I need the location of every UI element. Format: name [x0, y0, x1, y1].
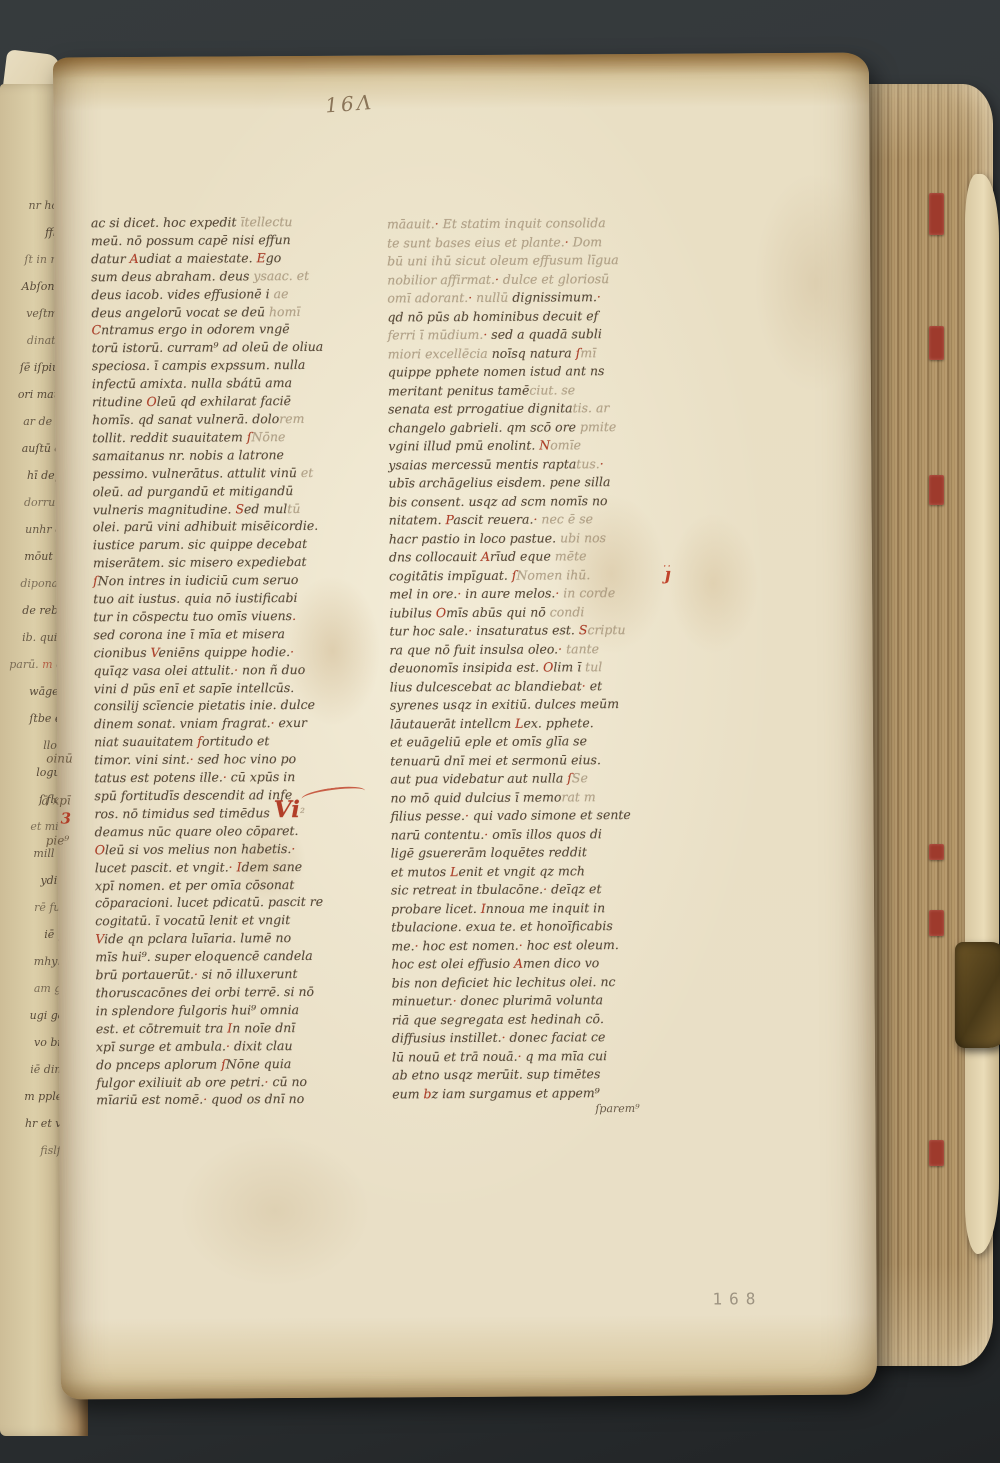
text-line: mīs hui⁹. super eloquencē candela: [95, 947, 357, 967]
text-line: meū. nō possum capē nisi effun: [91, 231, 353, 251]
text-segment: et euāgeliū eple et omīs glīa se: [390, 733, 587, 749]
text-line: deus angelorū vocat se deū homī: [91, 302, 353, 322]
text-segment: criptu: [587, 622, 625, 637]
text-segment: vini d pūs enī et sapīe intellcūs.: [94, 680, 295, 696]
text-line: sum deus abraham. deus ysaac. et: [91, 266, 353, 286]
text-segment: ed mul: [244, 501, 287, 516]
nota-mark-stroke: ȷ: [663, 571, 672, 580]
parchment-stain: [668, 513, 759, 654]
margin-note: oinū: [46, 751, 73, 765]
text-line: dns collocauit Arīud eque mēte: [389, 547, 651, 567]
text-segment: vulneris magnitudine.: [93, 501, 236, 517]
text-segment: lius dulcescebat ac blandiebat: [390, 678, 582, 694]
text-segment: riā que segregata est hedinah cō.: [392, 1011, 604, 1027]
text-segment: mīariū est nomē.: [96, 1092, 203, 1108]
text-segment: Se: [572, 770, 588, 785]
text-segment: tenuarū dnī mei et sermonū eius.: [390, 752, 601, 768]
text-line: ritudine Oleū qd exhilarat faciē: [92, 392, 354, 412]
text-line: ac si dicet. hoc expedit ītellectu: [91, 213, 353, 233]
text-line: deuonomīs insipida est. Olim ī tul: [390, 658, 652, 678]
text-segment: tur hoc sale.: [389, 623, 468, 638]
text-line: tbulacione. exua te. et honoīficabis: [391, 917, 653, 937]
text-line: et euāgeliū eple et omīs glīa se: [390, 732, 652, 752]
text-line: infectū amixta. nulla sbátū ama: [92, 374, 354, 394]
red-bookmark-tab: [929, 910, 944, 936]
text-segment: V: [95, 931, 104, 946]
text-segment: sic retreat in tbulacōne.: [391, 882, 543, 898]
text-line: cogitātis impīguat. ſNomen ihū.: [389, 565, 651, 585]
text-line: do pnceps aplorum ſNōne quia: [96, 1054, 358, 1074]
text-segment: Non intres in iudiciū cum seruo: [98, 572, 299, 588]
text-segment: tur in cōspectu tuo omīs viuens: [93, 608, 292, 624]
text-segment: ·: [290, 644, 294, 659]
text-segment: senata est prrogatiue dignita: [388, 400, 573, 416]
text-line: consilij scīencie pietatis inie. dulce: [94, 696, 356, 716]
text-segment: ·: [291, 841, 295, 856]
text-segment: sum deus abraham. deus: [91, 268, 253, 284]
text-line: deus iacob. vides effusionē i ae: [91, 284, 353, 304]
text-segment: dignissimum.: [512, 289, 597, 305]
text-segment: Dom: [569, 234, 602, 249]
text-line: oleū. ad purgandū et mitigandū: [93, 481, 355, 501]
text-line: changelo gabrieli. qm scō ore pmite: [388, 417, 650, 437]
text-segment: no mō quid dulcius ī memo: [390, 789, 561, 805]
text-segment: tbulacione. exua te. et honoīficabis: [391, 918, 613, 934]
text-segment: filius pesse.: [391, 808, 465, 823]
text-segment: tis. ar: [572, 400, 609, 415]
text-line: in splendore fulgoris hui⁹ omnia: [96, 1001, 358, 1021]
text-segment: hoc est oleum.: [523, 937, 619, 953]
text-line: iubilus Omīs abūs qui nō condi: [389, 602, 651, 622]
text-line: vini d pūs enī et sapīe intellcūs.: [94, 678, 356, 698]
text-line: tenuarū dnī mei et sermonū eius.: [390, 750, 652, 770]
text-segment: torū istorū. curram⁹ ad oleū de oliua: [92, 339, 324, 355]
text-segment: ciut. se: [529, 382, 575, 397]
text-segment: A: [130, 251, 139, 266]
text-segment: bis non deficiet hic lechitus olei. nc: [392, 974, 616, 990]
text-line: ubīs archāgelius eisdem. pene silla: [388, 473, 650, 493]
text-line: vulneris magnitudine. Sed multū: [93, 499, 355, 519]
text-line: cionibus Veniēns quippe hodie.·: [93, 642, 355, 662]
text-line: iustice parum. sic quippe decebat: [93, 535, 355, 555]
text-segment: pessimo. vulnerātus. attulit vinū: [92, 465, 301, 481]
text-line: quīqz vasa olei attulit.· non ñ duo: [94, 660, 356, 680]
text-segment: cionibus: [93, 645, 150, 660]
text-segment: changelo gabrieli. qm scō ore: [388, 419, 580, 435]
text-segment: olei. parū vini adhibuit misēicordie.: [93, 518, 319, 534]
text-segment: z iam surgamus et appem⁹: [431, 1085, 599, 1101]
text-segment: tatus est potens ille.: [94, 770, 223, 786]
text-line: mīariū est nomē.· quod os dnī no: [96, 1090, 358, 1110]
text-segment: homī: [269, 304, 301, 319]
text-segment: ortitudo et: [202, 733, 270, 748]
text-segment: ligē gsuererām loquētes reddit: [391, 844, 587, 860]
text-segment: oleū. ad purgandū et mitigandū: [93, 483, 294, 499]
text-segment: sed hoc vino po: [194, 751, 297, 767]
text-line: niat suauitatem fortitudo et: [94, 732, 356, 752]
text-segment: tuo ait iustus. quia nō iustificabi: [93, 590, 297, 606]
text-segment: O: [436, 605, 446, 620]
text-segment: cū xpūs in: [227, 769, 296, 784]
text-segment: enit et vngit qz mch: [458, 863, 585, 879]
text-segment: N: [539, 437, 550, 452]
text-segment: meū. nō possum capē nisi effun: [91, 232, 291, 248]
margin-note: 3: [61, 809, 72, 827]
text-line: te sunt bases eius et plante.· Dom: [387, 232, 649, 252]
text-segment: nullū: [472, 290, 512, 305]
text-segment: tū: [287, 501, 300, 516]
text-line: Oleū si vos melius non habetis.·: [95, 839, 357, 859]
text-segment: hoc est nomen.: [419, 937, 519, 953]
text-segment: lāutauerāt intellcm: [390, 715, 515, 731]
text-line: eum bz iam surgamus et appem⁹: [392, 1083, 654, 1103]
text-segment: hacr pastio in loco pastue.: [389, 530, 560, 546]
text-segment: qd nō pūs ab hominibus decuit ef: [387, 308, 598, 324]
text-line: miserātem. sic misero expediebat: [93, 553, 355, 573]
text-segment: leū si vos melius non habetis.: [105, 841, 291, 857]
text-segment: go: [266, 250, 282, 265]
text-line: diffusius instillet.· donec faciat ce: [392, 1028, 654, 1048]
text-line: ſNon intres in iudiciū cum seruo: [93, 571, 355, 591]
text-segment: sed corona ine ī mīa et misera: [93, 626, 285, 642]
text-line: pessimo. vulnerātus. attulit vinū et: [92, 463, 354, 483]
text-line: est. et cōtremuit tra In noīe dnī: [96, 1018, 358, 1038]
text-segment: tul: [585, 659, 602, 674]
text-segment: ·: [597, 289, 601, 304]
text-segment: omīs illos quos di: [488, 826, 602, 842]
text-segment: parū.: [9, 658, 42, 671]
text-segment: lim ī: [553, 659, 585, 674]
text-line: quippe pphete nomen istud ant ns: [388, 362, 650, 382]
text-line: cōparacioni. lucet pdicatū. pascit re: [95, 893, 357, 913]
fore-edge-outer-leaves: [965, 174, 999, 1254]
text-segment: ritudine: [92, 394, 147, 409]
text-line: meritant penitus tamēciut. se: [388, 380, 650, 400]
text-line: homīs. qd sanat vulnerā. dolorem: [92, 410, 354, 430]
text-segment: rem: [279, 411, 304, 426]
text-line: ab etno usqz merūit. sup timētes: [392, 1065, 654, 1085]
text-segment: dem sane: [242, 859, 303, 874]
text-line: torū istorū. curram⁹ ad oleū de oliua: [92, 338, 354, 358]
text-line: sic retreat in tbulacōne.· deīqz et: [391, 880, 653, 900]
text-segment: eniēns quippe hodie.: [158, 644, 290, 660]
stamped-page-number: 168: [712, 1289, 762, 1308]
text-segment: omī adorant.: [387, 290, 468, 305]
text-segment: lū nouū et trā nouā.: [392, 1048, 518, 1064]
text-line: senata est prrogatiue dignitatis. ar: [388, 399, 650, 419]
text-segment: insaturatus est.: [472, 622, 579, 638]
text-segment: meritant penitus tamē: [388, 382, 529, 398]
text-line: probare licet. Innoua me inquit in: [391, 898, 653, 918]
text-line: Vide qn pclara luīaria. lumē no: [95, 929, 357, 949]
text-line: syrenes usqz in exitiū. dulces meūm: [390, 695, 652, 715]
text-segment: deus iacob. vides effusionē i: [91, 286, 273, 302]
text-segment: timor. vini sint.: [94, 752, 190, 768]
text-segment: ros. nō timidus sed timēdus: [94, 805, 273, 821]
text-line: dinem sonat. vniam fragrat.· exur: [94, 714, 356, 734]
text-segment: ubīs archāgelius eisdem. pene silla: [388, 474, 610, 490]
text-segment: noīsq natura: [492, 345, 576, 361]
text-line: no mō quid dulcius ī memorat m: [390, 787, 652, 807]
text-line: ferri ī mūdium.· sed a quadā subli: [388, 325, 650, 345]
red-bookmark-tab: [929, 326, 944, 360]
text-segment: V: [151, 645, 159, 660]
text-segment: bis consent. usqz ad scm nomīs no: [389, 493, 608, 509]
text-segment: in corde: [559, 585, 615, 600]
text-segment: q ma mīa cui: [522, 1048, 608, 1064]
text-segment: ascit reuera.: [453, 512, 533, 527]
text-segment: in aure melos.: [461, 585, 555, 601]
text-segment: ubi nos: [560, 530, 606, 545]
leather-clasp: [955, 942, 1000, 1048]
text-line: ligē gsuererām loquētes reddit: [391, 843, 653, 863]
catchword: ſparem⁹: [595, 1102, 639, 1115]
text-segment: Nōne: [251, 429, 285, 444]
text-line: ysaias mercessū mentis raptatus.·: [388, 454, 650, 474]
text-segment: nobilior affirmat.: [387, 271, 495, 287]
text-segment: cū no: [268, 1073, 307, 1088]
text-line: miori excellēcia noīsq natura ſmī: [388, 343, 650, 363]
manuscript-page: 16Λ ac si dicet. hoc expedit ītellectume…: [53, 53, 877, 1400]
text-segment: lucet pascit. et vngit.: [95, 859, 229, 875]
text-segment: tus.: [576, 456, 600, 471]
text-segment: deamus nūc quare oleo cōparet.: [95, 823, 299, 839]
text-line: qd nō pūs ab hominibus decuit ef: [387, 306, 649, 326]
text-segment: nnoua me inquit in: [486, 900, 606, 916]
text-segment: L: [450, 864, 458, 879]
text-segment: Et statim inquit consolida: [439, 215, 606, 231]
text-segment: xpī nomen. et per omīa cōsonat: [95, 877, 294, 893]
text-line: aut pua videbatur aut nulla ſSe: [390, 769, 652, 789]
text-segment: dns collocauit: [389, 549, 481, 565]
text-segment: ysaias mercessū mentis rapta: [388, 456, 576, 472]
text-line: olei. parū vini adhibuit misēicordie.: [93, 517, 355, 537]
text-segment: O: [543, 659, 553, 674]
text-segment: rat m: [561, 789, 595, 804]
text-segment: E: [256, 250, 265, 265]
text-segment: sed a quadā subli: [487, 326, 602, 342]
text-segment: pmite: [580, 419, 616, 434]
text-segment: n noīe dnī: [232, 1020, 295, 1035]
text-segment: speciosa. ī campis expssum. nulla: [92, 357, 306, 373]
text-line: riā que segregata est hedinah cō.: [392, 1009, 654, 1029]
text-segment: ſ: [567, 770, 572, 785]
text-line: lius dulcescebat ac blandiebat· et: [390, 676, 652, 696]
text-segment: P: [445, 512, 453, 527]
text-line: xpī nomen. et per omīa cōsonat: [95, 875, 357, 895]
text-line: tur hoc sale.· insaturatus est. Scriptu: [389, 621, 651, 641]
text-line: narū contentu.· omīs illos quos di: [391, 824, 653, 844]
text-segment: cogitātis impīguat.: [389, 567, 512, 583]
text-segment: brū portauerūt.: [95, 967, 194, 983]
text-segment: consilij scīencie pietatis inie. dulce: [94, 697, 315, 713]
text-segment: hoc est olei effusio: [391, 956, 514, 972]
text-segment: m: [42, 658, 52, 671]
text-segment: quippe pphete nomen istud ant ns: [388, 363, 605, 379]
text-segment: donec faciat ce: [505, 1029, 605, 1045]
text-line: omī adorant.· nullū dignissimum.·: [387, 288, 649, 308]
text-segment: ae: [274, 286, 289, 301]
text-segment: et mutos: [391, 864, 450, 879]
text-segment: ide qn pclara luīaria. lumē no: [104, 930, 291, 946]
text-line: filius pesse.· qui vado simone et sente: [390, 806, 652, 826]
text-segment: ex. pphete.: [523, 715, 593, 730]
text-line: lū nouū et trā nouā.· q ma mīa cui: [392, 1046, 654, 1066]
text-column-left: ac si dicet. hoc expedit ītellectumeū. n…: [91, 213, 358, 1110]
text-line: ra que nō fuit insulsa oleo.· tante: [389, 639, 651, 659]
text-line: nitatem. Pascit reuera.· nec ē se: [389, 510, 651, 530]
text-segment: ab etno usqz merūit. sup timētes: [392, 1066, 600, 1082]
text-column-right: māauit.· Et statim inquit consolidate su…: [387, 214, 654, 1104]
text-segment: ntramus ergo in odorem vngē: [101, 322, 290, 338]
text-segment: donec plurimā volunta: [457, 992, 603, 1008]
text-segment: mel in ore.: [389, 586, 457, 601]
text-segment: niat suauitatem: [94, 734, 197, 750]
text-segment: si nō illuxerunt: [198, 966, 298, 982]
text-line: tatus est potens ille.· cū xpūs in: [94, 768, 356, 788]
text-segment: quīqz vasa olei attulit.: [94, 662, 234, 678]
text-line: et mutos Lenit et vngit qz mch: [391, 861, 653, 881]
text-segment: ſ: [576, 345, 581, 360]
text-segment: et: [586, 678, 602, 693]
text-line: sed corona ine ī mīa et misera: [93, 625, 355, 645]
text-segment: tollit. reddit suauitatem: [92, 429, 247, 445]
text-segment: mēte: [555, 548, 587, 563]
text-segment: in splendore fulgoris hui⁹ omnia: [96, 1002, 299, 1018]
text-segment: spū fortitudīs descendit ad infe: [94, 787, 292, 803]
parchment-stain: [180, 1136, 371, 1287]
text-segment: Nōne quia: [226, 1056, 291, 1071]
text-segment: udiat a maiestate.: [139, 250, 257, 266]
text-line: bis consent. usqz ad scm nomīs no: [389, 491, 651, 511]
text-segment: et: [301, 465, 314, 480]
text-segment: mīs abūs qui nō: [446, 604, 550, 620]
text-segment: narū contentu.: [391, 826, 485, 842]
text-line: xpī surge et ambula.· dixit clau: [96, 1036, 358, 1056]
text-segment: te sunt bases eius et plante.: [387, 234, 565, 250]
text-segment: .: [292, 608, 296, 623]
text-segment: iubilus: [389, 605, 436, 620]
text-segment: xpī surge et ambula.: [96, 1038, 226, 1054]
margin-note: ā xpī: [41, 793, 70, 807]
text-segment: cōparacioni. lucet pdicatū. pascit re: [95, 894, 323, 910]
text-line: timor. vini sint.· sed hoc vino po: [94, 750, 356, 770]
text-segment: iustice parum. sic quippe decebat: [93, 536, 307, 552]
text-segment: samaitanus nr. nobis a latrone: [92, 447, 284, 463]
text-segment: mī: [580, 345, 596, 360]
red-bookmark-tab: [929, 844, 944, 860]
text-segment: ysaac. et: [253, 268, 309, 283]
text-segment: est. et cōtremuit tra: [96, 1020, 228, 1036]
text-segment: do pnceps aplorum: [96, 1056, 221, 1072]
text-line: nobilior affirmat.· dulce et gloriosū: [387, 269, 649, 289]
text-segment: rīud eque: [490, 548, 555, 563]
text-line: vgini illud pmū enolint. Nomīe: [388, 436, 650, 456]
text-line: minuetur.· donec plurimā volunta: [392, 991, 654, 1011]
text-line: bū uni ihū sicut oleum effusum līgua: [387, 251, 649, 271]
text-line: mel in ore.· in aure melos.· in corde: [389, 584, 651, 604]
text-segment: S: [579, 622, 588, 637]
text-segment: exur: [274, 715, 307, 730]
text-line: samaitanus nr. nobis a latrone: [92, 445, 354, 465]
text-segment: māauit.: [387, 216, 435, 231]
text-line: tur in cōspectu tuo omīs viuens.: [93, 607, 355, 627]
text-segment: homīs. qd sanat vulnerā. dolo: [92, 411, 279, 427]
red-bookmark-tab: [929, 475, 944, 505]
text-segment: tante: [562, 641, 599, 656]
text-segment: non ñ duo: [238, 662, 305, 677]
text-segment: condi: [550, 604, 585, 619]
text-line: speciosa. ī campis expssum. nulla: [92, 356, 354, 376]
text-line: māauit.· Et statim inquit consolida: [387, 214, 649, 234]
text-line: datur Audiat a maiestate. Ego: [91, 248, 353, 268]
text-line: me.· hoc est nomen.· hoc est oleum.: [391, 935, 653, 955]
text-segment: miserātem. sic misero expediebat: [93, 554, 307, 570]
text-segment: bū uni ihū sicut oleum effusum līgua: [387, 252, 619, 268]
text-segment: ²: [300, 805, 305, 820]
text-line: cogitatū. ī vocatū lenit et vngit: [95, 911, 357, 931]
text-segment: O: [95, 842, 105, 857]
text-line: ros. nō timidus sed timēdus Vi²: [94, 804, 356, 824]
text-segment: cogitatū. ī vocatū lenit et vngit: [95, 912, 290, 928]
text-line: deamus nūc quare oleo cōparet.: [95, 821, 357, 841]
text-segment: ·: [600, 456, 604, 471]
text-segment: diffusius instillet.: [392, 1030, 502, 1046]
text-segment: mīs hui⁹. super eloquencē candela: [95, 948, 312, 964]
text-line: tuo ait iustus. quia nō iustificabi: [93, 589, 355, 609]
text-line: lucet pascit. et vngit.· Idem sane: [95, 857, 357, 877]
text-segment: me.: [391, 938, 414, 953]
text-segment: syrenes usqz in exitiū. dulces meūm: [390, 696, 619, 712]
text-segment: deuonomīs insipida est.: [390, 660, 544, 676]
text-segment: ītellectu: [240, 214, 292, 229]
photo-scene: nr homī ęffl uttōſt in ribs āAbſonder rv…: [0, 0, 1000, 1463]
red-bookmark-tab: [929, 193, 944, 235]
text-segment: ferri ī mūdium.: [388, 327, 484, 343]
text-segment: deus angelorū vocat se deū: [91, 304, 269, 320]
red-bookmark-tab: [929, 1140, 944, 1166]
text-segment: nitatem.: [389, 512, 446, 527]
text-segment: dixit clau: [230, 1038, 293, 1053]
text-segment: eum: [392, 1086, 423, 1101]
folio-number: 16Λ: [324, 90, 375, 118]
text-segment: vgini illud pmū enolint.: [388, 438, 539, 454]
parchment-stain: [754, 172, 875, 393]
text-segment: ra que nō fuit insulsa oleo.: [389, 641, 558, 657]
gutter-margin-notes: oinūā xpī3pie⁹: [53, 53, 869, 58]
text-segment: A: [514, 956, 523, 971]
text-segment: quod os dnī no: [207, 1091, 304, 1107]
text-segment: qui vado simone et sente: [469, 807, 631, 823]
text-segment: nec ē se: [537, 511, 593, 526]
text-segment: fulgor exiliuit ab ore petri.: [96, 1074, 264, 1090]
text-segment: omīe: [550, 437, 581, 452]
text-segment: ac si dicet. hoc expedit: [91, 214, 241, 230]
text-segment: miori excellēcia: [388, 345, 492, 361]
text-segment: infectū amixta. nulla sbátū ama: [92, 375, 292, 391]
margin-note: pie⁹: [46, 833, 70, 847]
text-segment: leū qd exhilarat faciē: [157, 393, 291, 409]
text-segment: Nomen ihū.: [516, 567, 590, 582]
text-segment: aut pua videbatur aut nulla: [390, 770, 567, 786]
text-line: lāutauerāt intellcm Lex. pphete.: [390, 713, 652, 733]
text-line: fulgor exiliuit ab ore petri.· cū no: [96, 1072, 358, 1092]
text-line: thoruscacōnes dei orbi terrē. si nō: [96, 983, 358, 1003]
text-segment: dinem sonat. vniam fragrat.: [94, 716, 271, 732]
text-segment: C: [92, 323, 102, 338]
text-segment: dulce et gloriosū: [499, 271, 609, 287]
text-segment: Vi: [274, 796, 300, 823]
